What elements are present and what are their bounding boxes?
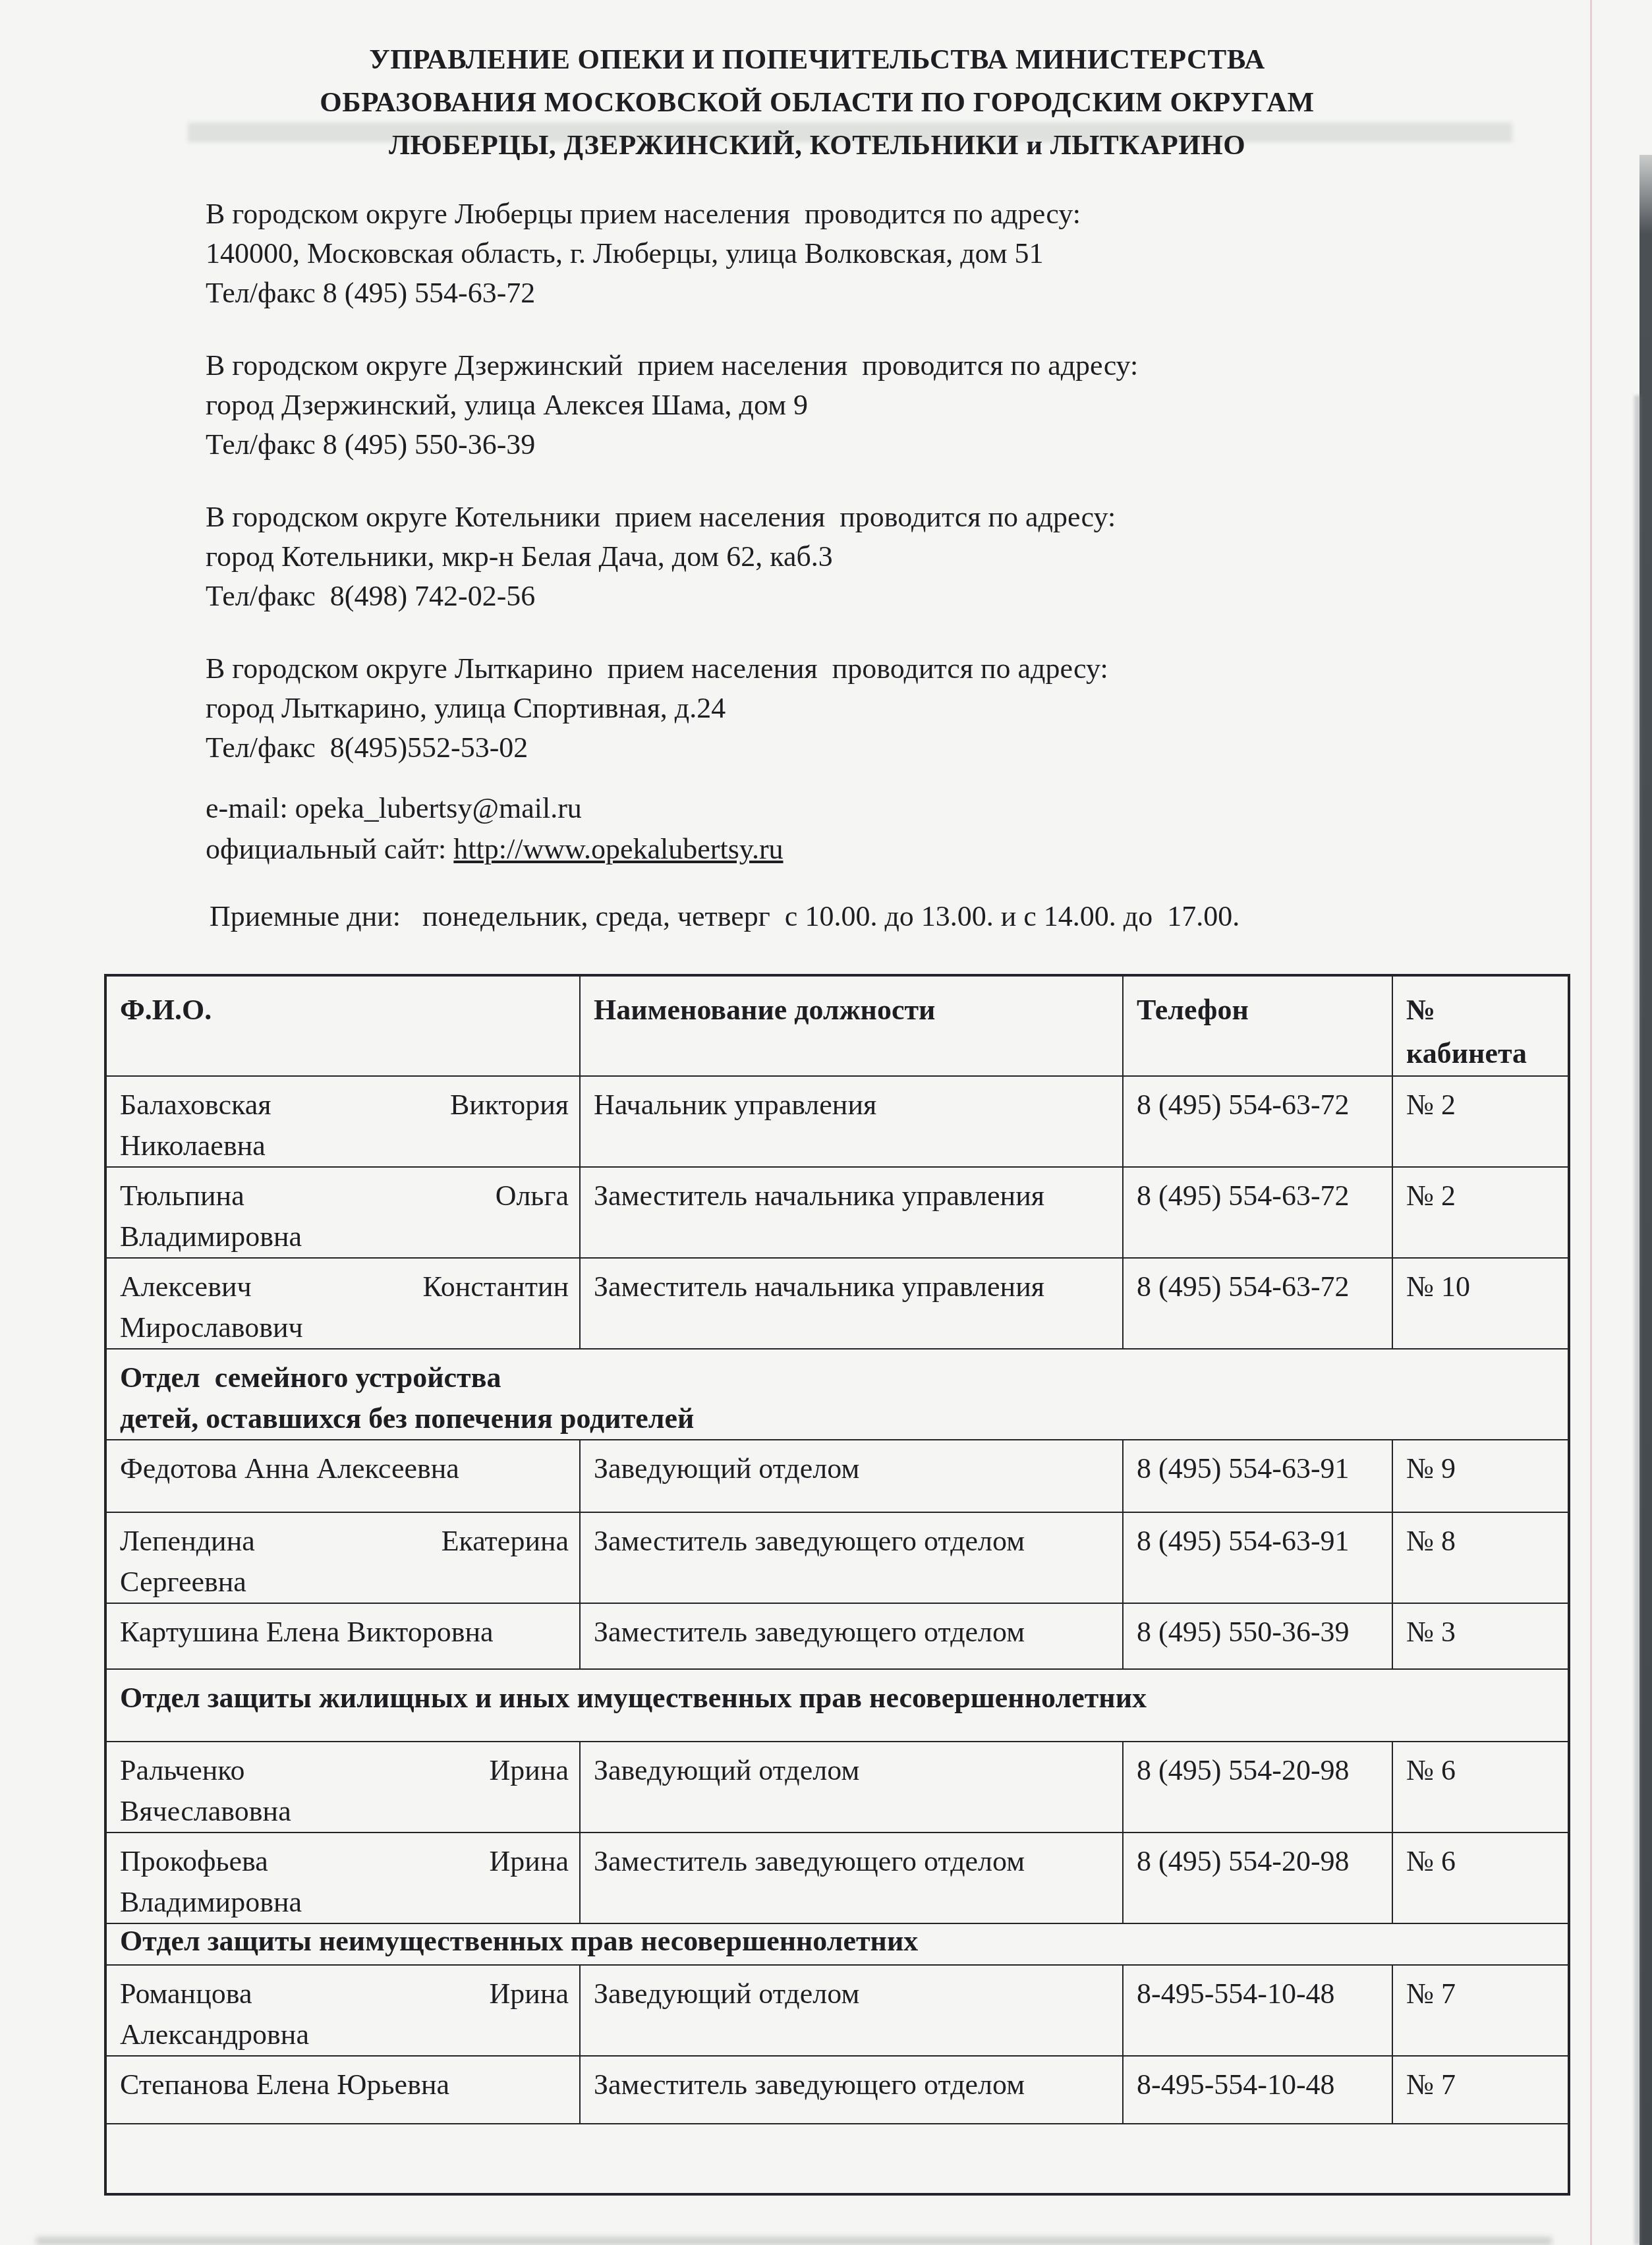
fio-cell: Степанова Елена Юрьевна [105,2056,580,2124]
fio-patronymic: Вячеславовна [120,1791,569,1832]
cabinet-cell: № 3 [1392,1603,1569,1669]
table-row-person: РоманцоваИрина Александровна Заведующий … [105,1965,1569,2056]
paragraph-line: Тел/факс 8 (495) 554-63-72 [206,273,1556,313]
position-cell: Заместитель заведующего отделом [580,2056,1123,2124]
header-cabinet-line2: кабинета [1406,1032,1557,1075]
scan-artifact-right-edge-shadow [1639,155,1652,2245]
paragraph-line: 140000, Московская область, г. Люберцы, … [206,234,1556,273]
title-line-1: УПРАВЛЕНИЕ ОПЕКИ И ПОПЕЧИТЕЛЬСТВА МИНИСТ… [92,38,1542,81]
scanned-document-page: УПРАВЛЕНИЕ ОПЕКИ И ПОПЕЧИТЕЛЬСТВА МИНИСТ… [0,0,1652,2245]
fio-firstname: Ирина [490,1750,569,1791]
section-line: Отдел семейного устройства [120,1357,1557,1398]
email-line: e-mail: opeka_lubertsy@mail.ru [206,788,1556,829]
fio-fullname: Степанова Елена Юрьевна [120,2064,449,2105]
paragraph-line: Тел/факс 8(498) 742-02-56 [206,577,1556,616]
fio-cell: РоманцоваИрина Александровна [105,1965,580,2056]
fio-patronymic: Николаевна [120,1125,569,1166]
table-row-section: Отдел защиты неимущественных прав несове… [105,1923,1569,1965]
cabinet-cell: № 2 [1392,1167,1569,1258]
header-phone: Телефон [1123,975,1392,1076]
fio-firstname: Ирина [490,1841,569,1882]
position-cell: Заведующий отделом [580,1742,1123,1833]
position-cell: Заведующий отделом [580,1440,1123,1512]
fio-surname: Ральченко [120,1750,244,1791]
paragraph-lyubertsy: В городском округе Люберцы прием населен… [206,194,1556,313]
email-value: opeka_lubertsy@mail.ru [295,792,582,824]
section-header-cell: Отдел защиты жилищных и иных имущественн… [105,1669,1569,1742]
phone-cell: 8 (495) 554-63-91 [1123,1440,1392,1512]
fio-patronymic: Владимировна [120,1216,569,1257]
section-line: детей, оставшихся без попечения родителе… [120,1398,1557,1439]
paragraph-line: В городском округе Люберцы прием населен… [206,194,1556,234]
paragraph-line: Тел/факс 8 (495) 550-36-39 [206,425,1556,465]
fio-cell: ПрокофьеваИрина Владимировна [105,1833,580,1923]
phone-cell: 8-495-554-10-48 [1123,1965,1392,2056]
site-label: официальный сайт: [206,833,453,865]
position-cell: Начальник управления [580,1076,1123,1167]
position-cell: Заместитель заведующего отделом [580,1833,1123,1923]
fio-firstname: Константин [423,1266,569,1307]
paragraph-line: город Дзержинский, улица Алексея Шама, д… [206,385,1556,425]
section-line: Отдел защиты неимущественных прав несове… [120,1925,1557,1957]
table-row-empty [105,2124,1569,2194]
fio-patronymic: Александровна [120,2014,569,2055]
document-title: УПРАВЛЕНИЕ ОПЕКИ И ПОПЕЧИТЕЛЬСТВА МИНИСТ… [92,38,1542,167]
fio-firstname: Виктория [450,1085,569,1125]
fio-fullname: Федотова Анна Алексеевна [120,1448,459,1489]
fio-firstname: Ольга [496,1176,569,1216]
fio-surname: Прокофьева [120,1841,268,1882]
table-header-row: Ф.И.О. Наименование должности Телефон № … [105,975,1569,1076]
fio-cell: РальченкоИрина Вячеславовна [105,1742,580,1833]
position-cell: Заместитель начальника управления [580,1167,1123,1258]
staff-table-header: Ф.И.О. Наименование должности Телефон № … [105,975,1569,1076]
cabinet-cell: № 6 [1392,1833,1569,1923]
fio-cell: БалаховскаяВиктория Николаевна [105,1076,580,1167]
table-row-person: Федотова Анна Алексеевна Заведующий отде… [105,1440,1569,1512]
table-row-person: ЛепендинаЕкатерина Сергеевна Заместитель… [105,1512,1569,1603]
paragraph-line: Тел/факс 8(495)552-53-02 [206,728,1556,768]
table-row-person: РальченкоИрина Вячеславовна Заведующий о… [105,1742,1569,1833]
table-row-section: Отдел семейного устройства детей, оставш… [105,1349,1569,1440]
position-cell: Заместитель заведующего отделом [580,1512,1123,1603]
scan-artifact-bottom-shadow [36,2237,1552,2245]
cabinet-cell: № 10 [1392,1258,1569,1349]
contact-block: e-mail: opeka_lubertsy@mail.ru официальн… [206,788,1556,870]
position-cell: Заместитель начальника управления [580,1258,1123,1349]
fio-firstname: Ирина [490,1974,569,2014]
paragraph-line: город Котельники, мкр-н Белая Дача, дом … [206,537,1556,577]
paragraph-line: город Лыткарино, улица Спортивная, д.24 [206,689,1556,728]
paragraph-kotelniki: В городском округе Котельники прием насе… [206,497,1556,616]
email-label: e-mail: [206,792,295,824]
fio-patronymic: Владимировна [120,1882,569,1923]
phone-cell: 8 (495) 554-63-91 [1123,1512,1392,1603]
header-position: Наименование должности [580,975,1123,1076]
paragraph-dzerzhinsky: В городском округе Дзержинский прием нас… [206,346,1556,465]
staff-table: Ф.И.О. Наименование должности Телефон № … [104,974,1570,2196]
table-row-person: ТюльпинаОльга Владимировна Заместитель н… [105,1167,1569,1258]
header-fio: Ф.И.О. [105,975,580,1076]
paragraph-line: В городском округе Дзержинский прием нас… [206,346,1556,385]
scan-artifact-pink-line [1590,0,1592,2245]
cabinet-cell: № 9 [1392,1440,1569,1512]
fio-cell: ЛепендинаЕкатерина Сергеевна [105,1512,580,1603]
table-row-section: Отдел защиты жилищных и иных имущественн… [105,1669,1569,1742]
section-header-cell: Отдел семейного устройства детей, оставш… [105,1349,1569,1440]
title-line-2: ОБРАЗОВАНИЯ МОСКОВСКОЙ ОБЛАСТИ ПО ГОРОДС… [92,81,1542,124]
fio-patronymic: Мирославович [120,1307,569,1348]
section-line: Отдел защиты жилищных и иных имущественн… [120,1678,1557,1719]
table-row-person: АлексевичКонстантин Мирославович Замести… [105,1258,1569,1349]
cabinet-cell: № 7 [1392,2056,1569,2124]
fio-surname: Романцова [120,1974,252,2014]
scan-artifact-right-edge-soft [1634,395,1641,2245]
site-url-link[interactable]: http://www.opekalubertsy.ru [453,833,783,865]
header-cabinet: № кабинета [1392,975,1569,1076]
section-header-cell: Отдел защиты неимущественных прав несове… [105,1923,1569,1965]
header-cabinet-line1: № [1406,988,1557,1032]
paragraph-line: В городском округе Лыткарино прием насел… [206,649,1556,689]
cabinet-cell: № 7 [1392,1965,1569,2056]
fio-cell: Картушина Елена Викторовна [105,1603,580,1669]
fio-cell: Федотова Анна Алексеевна [105,1440,580,1512]
site-line: официальный сайт: http://www.opekalubert… [206,829,1556,870]
fio-surname: Тюльпина [120,1176,244,1216]
phone-cell: 8 (495) 554-63-72 [1123,1258,1392,1349]
reception-days-line: Приемные дни: понедельник, среда, четвер… [210,897,1593,936]
phone-cell: 8 (495) 554-20-98 [1123,1742,1392,1833]
phone-cell: 8 (495) 554-63-72 [1123,1076,1392,1167]
phone-cell: 8-495-554-10-48 [1123,2056,1392,2124]
cabinet-cell: № 6 [1392,1742,1569,1833]
table-row-person: Степанова Елена Юрьевна Заместитель заве… [105,2056,1569,2124]
fio-cell: ТюльпинаОльга Владимировна [105,1167,580,1258]
paragraph-line: В городском округе Котельники прием насе… [206,497,1556,537]
table-row-person: ПрокофьеваИрина Владимировна Заместитель… [105,1833,1569,1923]
fio-surname: Алексевич [120,1266,252,1307]
fio-surname: Лепендина [120,1521,255,1562]
phone-cell: 8 (495) 554-63-72 [1123,1167,1392,1258]
empty-cell [105,2124,1569,2194]
cabinet-cell: № 2 [1392,1076,1569,1167]
position-cell: Заместитель заведующего отделом [580,1603,1123,1669]
fio-patronymic: Сергеевна [120,1562,569,1603]
cabinet-cell: № 8 [1392,1512,1569,1603]
fio-firstname: Екатерина [441,1521,569,1562]
table-row-person: БалаховскаяВиктория Николаевна Начальник… [105,1076,1569,1167]
table-row-person: Картушина Елена Викторовна Заместитель з… [105,1603,1569,1669]
phone-cell: 8 (495) 550-36-39 [1123,1603,1392,1669]
paragraph-lytkarino: В городском округе Лыткарино прием насел… [206,649,1556,768]
title-line-3: ЛЮБЕРЦЫ, ДЗЕРЖИНСКИЙ, КОТЕЛЬНИКИ и ЛЫТКА… [92,124,1542,167]
phone-cell: 8 (495) 554-20-98 [1123,1833,1392,1923]
fio-cell: АлексевичКонстантин Мирославович [105,1258,580,1349]
fio-surname: Балаховская [120,1085,271,1125]
position-cell: Заведующий отделом [580,1965,1123,2056]
fio-fullname: Картушина Елена Викторовна [120,1612,494,1653]
